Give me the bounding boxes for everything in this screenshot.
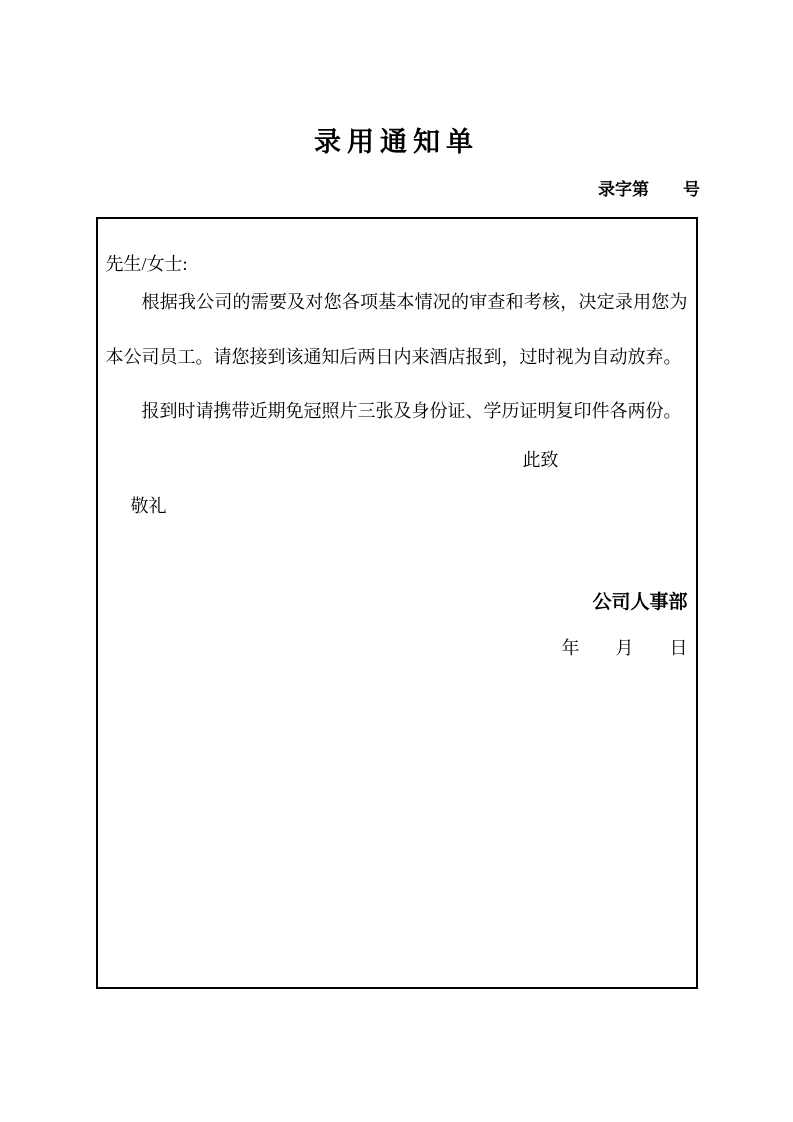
notice-body-box: 先生/女士: 根据我公司的需要及对您各项基本情况的审查和考核，决定录用您为本公司…	[96, 217, 698, 989]
salutation-line: 先生/女士:	[106, 253, 688, 275]
closing-jingli: 敬礼	[131, 483, 688, 529]
closing-cizhi: 此致	[523, 437, 688, 483]
serial-number-line: 录字第 号	[0, 175, 793, 200]
document-title: 录用通知单	[0, 0, 793, 159]
notice-paragraph-documents: 报到时请携带近期免冠照片三张及身份证、学历证明复印件各两份。	[106, 385, 688, 437]
signature-department: 公司人事部	[106, 591, 688, 615]
document-page: 录用通知单 录字第 号 先生/女士: 根据我公司的需要及对您各项基本情况的审查和…	[0, 0, 793, 1122]
date-line: 年 月 日	[106, 637, 688, 659]
notice-paragraph-main: 根据我公司的需要及对您各项基本情况的审查和考核，决定录用您为本公司员工。请您接到…	[106, 275, 688, 385]
